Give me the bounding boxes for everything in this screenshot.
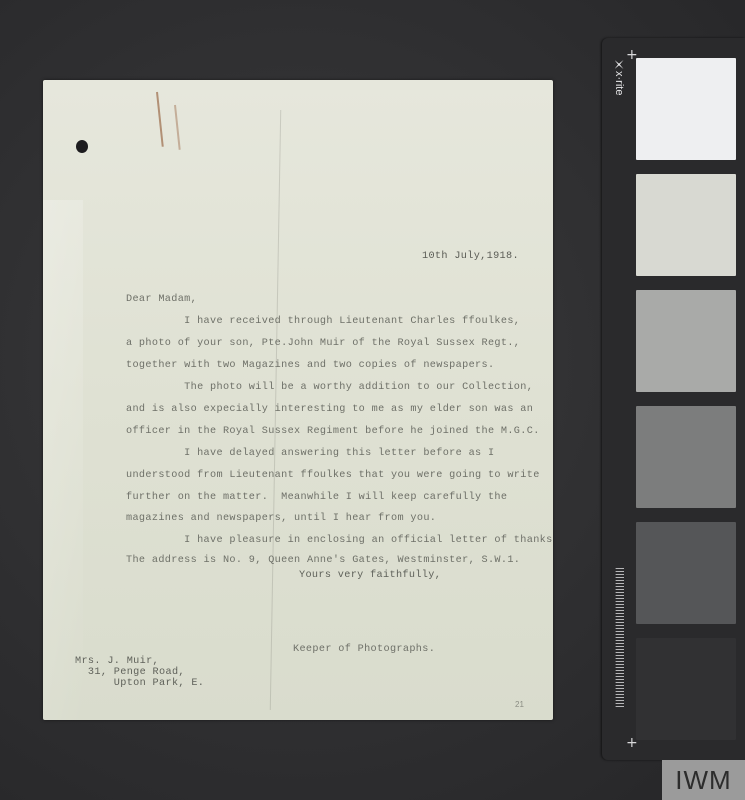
scale-ruler xyxy=(612,568,624,708)
letter-page: 10th July,1918. Dear Madam, I have recei… xyxy=(43,80,553,720)
letter-body-line: a photo of your son, Pte.John Muir of th… xyxy=(126,339,520,349)
letter-body-line: The address is No. 9, Queen Anne's Gates… xyxy=(126,556,520,566)
letter-body-line: understood from Lieutenant ffoulkes that… xyxy=(126,471,540,481)
checker-brand: x·rite xyxy=(607,60,631,130)
color-checker-strip: + x·rite + xyxy=(602,38,745,760)
crosshair-icon: + xyxy=(626,736,638,750)
rust-mark xyxy=(156,92,164,147)
rust-mark xyxy=(174,105,181,150)
letter-body-line: further on the matter. Meanwhile I will … xyxy=(126,493,507,503)
iwm-watermark: IWM xyxy=(662,760,745,800)
letter-signoff: Yours very faithfully, xyxy=(299,571,441,581)
signature-title: Keeper of Photographs. xyxy=(293,645,435,655)
recipient-address-line: 31, Penge Road, xyxy=(75,667,185,678)
color-patch-white xyxy=(636,58,736,160)
color-patch-grey xyxy=(636,406,736,508)
punch-hole xyxy=(76,140,88,153)
letter-body-line: I have pleasure in enclosing an official… xyxy=(126,536,553,546)
letter-date: 10th July,1918. xyxy=(422,252,519,262)
letter-salutation: Dear Madam, xyxy=(126,295,197,305)
letter-body-line: officer in the Royal Sussex Regiment bef… xyxy=(126,427,540,437)
letter-body-line: magazines and newspapers, until I hear f… xyxy=(126,514,436,524)
letter-body-line: I have delayed answering this letter bef… xyxy=(126,449,494,459)
recipient-address-line: Mrs. J. Muir, xyxy=(75,656,159,667)
color-patch-dark-grey xyxy=(636,522,736,624)
color-patch-light-grey xyxy=(636,174,736,276)
page-number: 21 xyxy=(515,700,524,709)
color-patch-black xyxy=(636,638,736,740)
letter-body-line: The photo will be a worthy addition to o… xyxy=(126,383,533,393)
letter-body-line: I have received through Lieutenant Charl… xyxy=(126,317,520,327)
checker-brand-label: x·rite xyxy=(613,71,625,95)
recipient-address-line: Upton Park, E. xyxy=(75,678,204,689)
xrite-logo-icon xyxy=(615,60,624,69)
color-patch-mid-grey xyxy=(636,290,736,392)
letter-body-line: together with two Magazines and two copi… xyxy=(126,361,494,371)
letter-body-line: and is also expecially interesting to me… xyxy=(126,405,533,415)
